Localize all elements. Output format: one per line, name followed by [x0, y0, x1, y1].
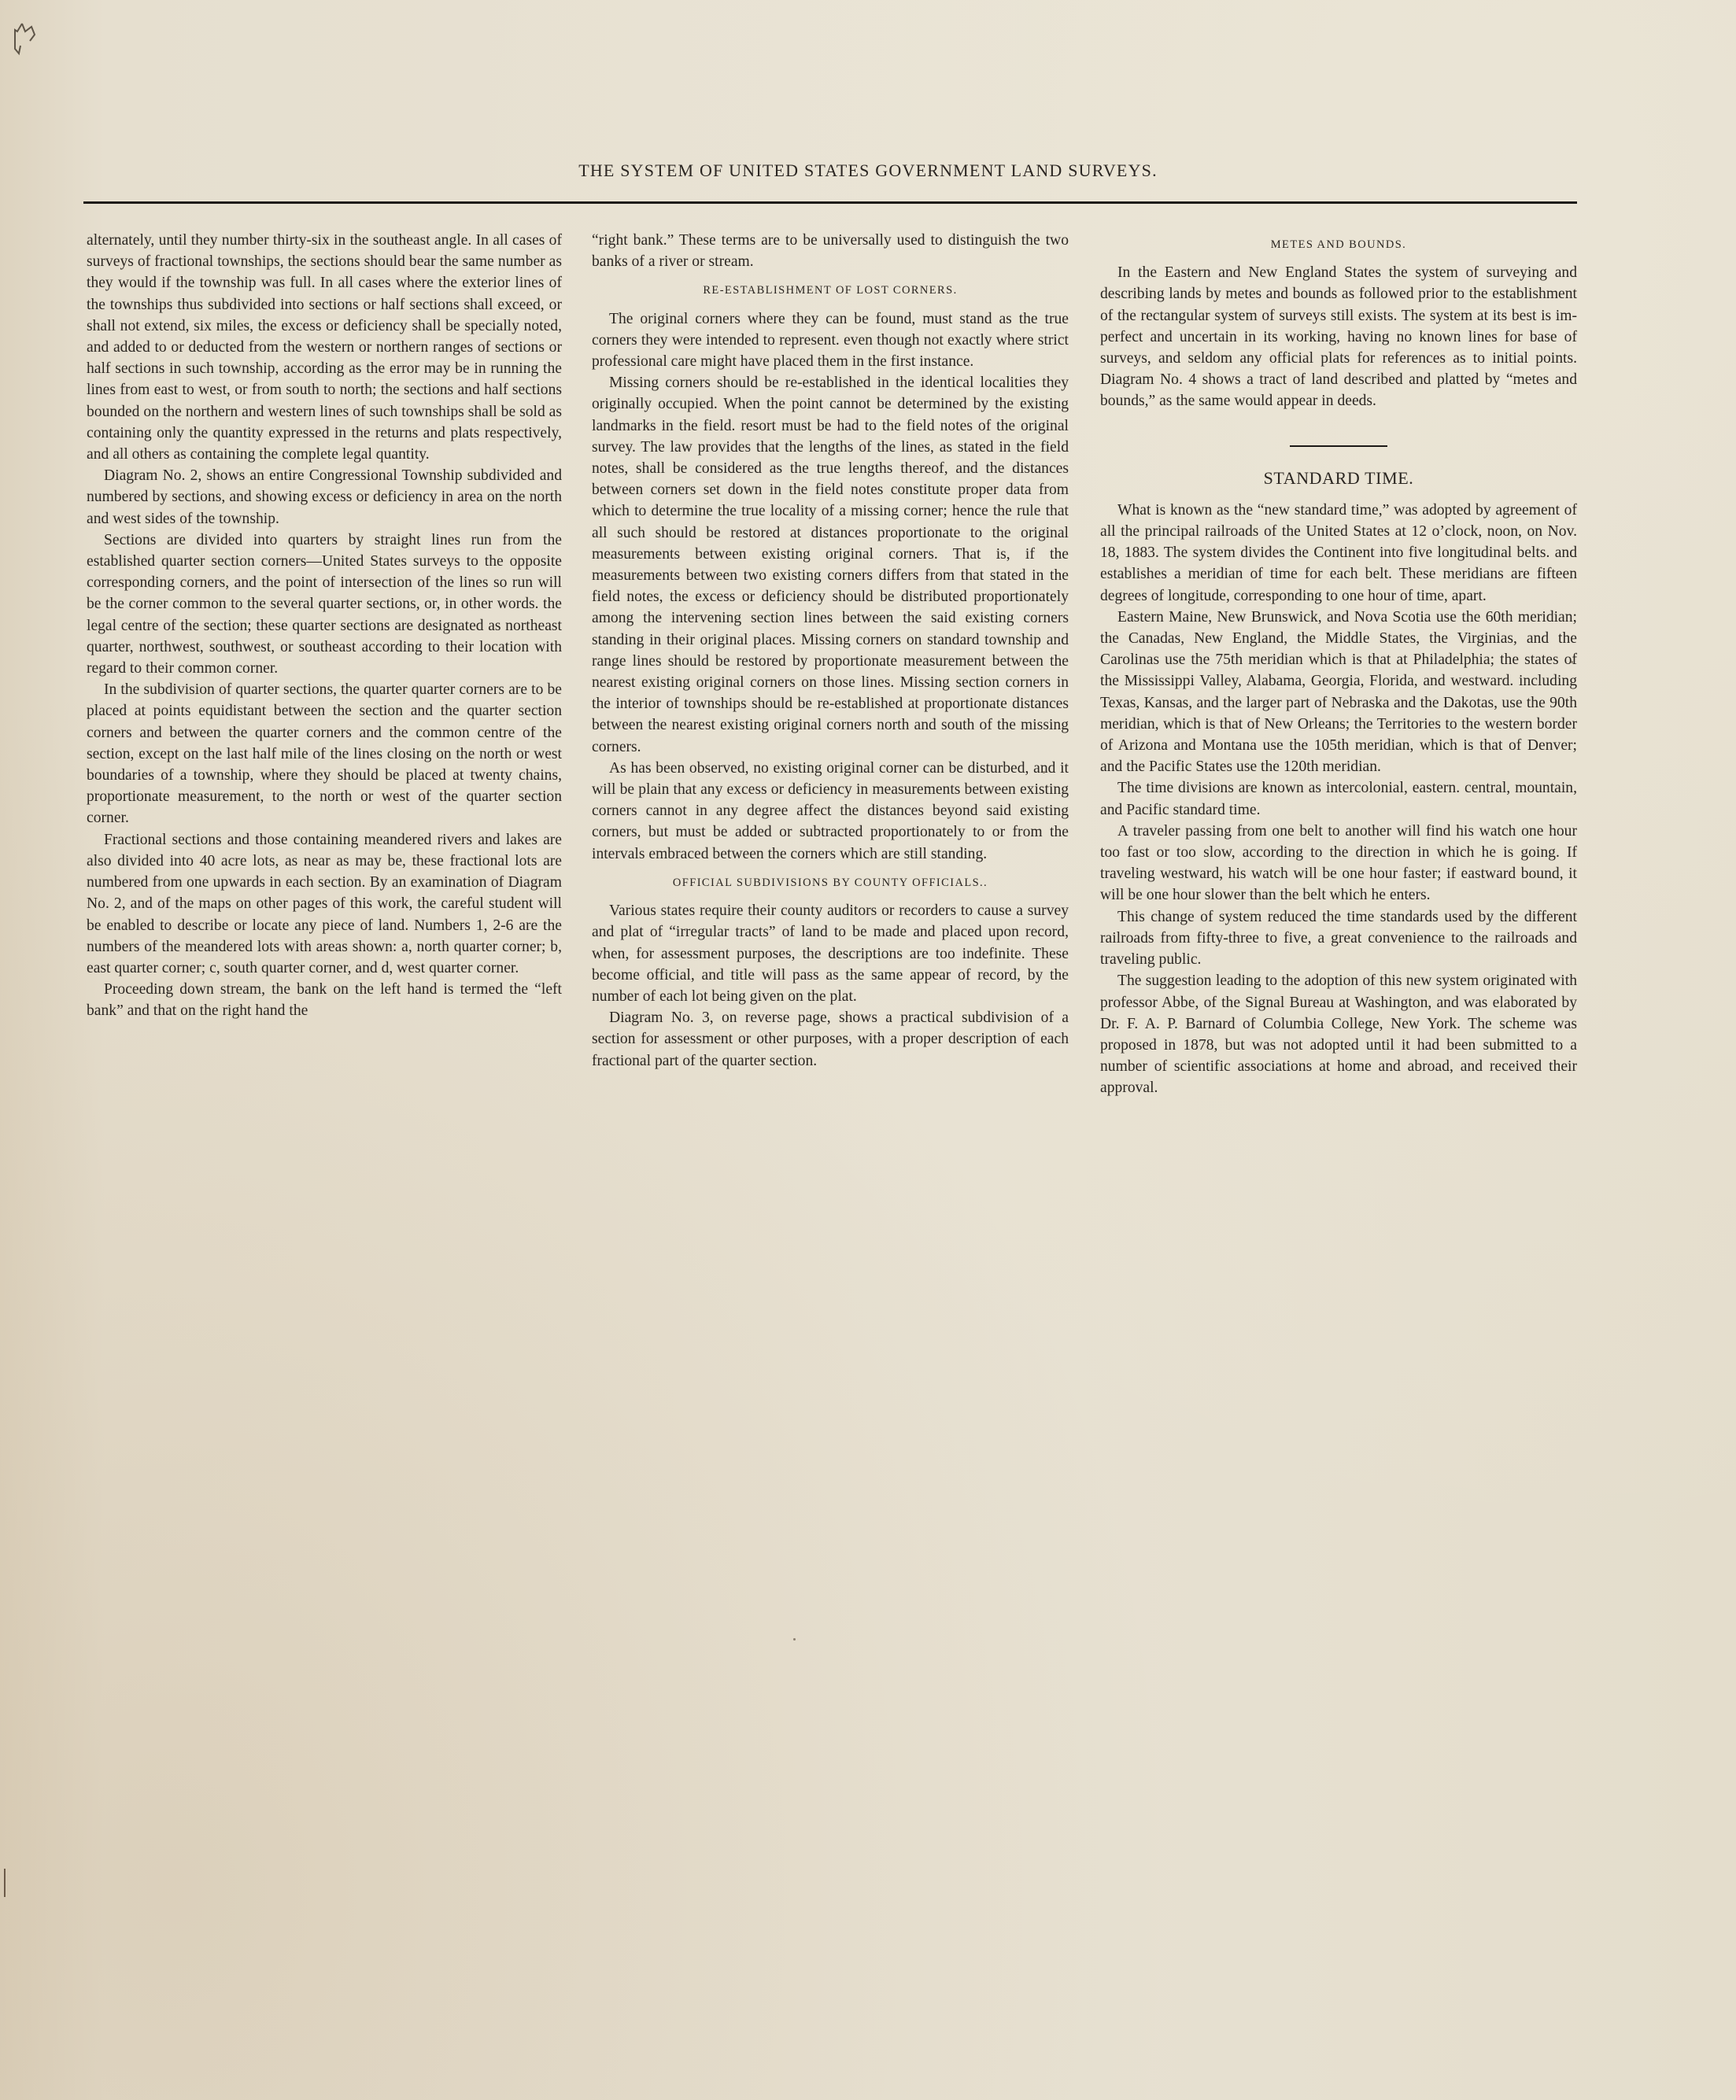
paragraph: Various states require their county audi… [592, 900, 1069, 1007]
section-subheading: METES AND BOUNDS. [1100, 234, 1577, 256]
paragraph: Proceeding down stream, the bank on the … [87, 979, 562, 1021]
paragraph: Missing corners should be re-established… [592, 372, 1069, 758]
header-rule [83, 201, 1577, 204]
paragraph: Sections are divided into quarters by st… [87, 530, 562, 679]
paragraph: What is known as the “new standard time,… [1100, 500, 1577, 607]
paragraph: As has been observed, no existing origin… [592, 758, 1069, 865]
specks [1571, 661, 1573, 663]
paragraph: This change of system reduced the time s… [1100, 906, 1577, 971]
binding-mark [0, 1869, 6, 1897]
paragraph: The suggestion leading to the adoption o… [1100, 970, 1577, 1098]
paragraph: Diagram No. 2, shows an entire Congressi… [87, 465, 562, 530]
section-subheading: OFFICIAL SUBDIVISIONS BY COUNTY OFFICIAL… [592, 873, 1069, 894]
column-2: “right bank.” These terms are to be univ… [592, 230, 1069, 1072]
paragraph: The original corners where they can be f… [592, 308, 1069, 373]
section-divider [1290, 445, 1387, 447]
column-3: METES AND BOUNDS.In the Eastern and New … [1100, 227, 1577, 1099]
paragraph: Diagram No. 3, on reverse page, shows a … [592, 1007, 1069, 1072]
paragraph: The time divisions are known as intercol… [1100, 777, 1577, 820]
paragraph: In the Eastern and New England States th… [1100, 262, 1577, 412]
paragraph: Eastern Maine, New Brunswick, and Nova S… [1100, 607, 1577, 778]
specks [793, 1638, 796, 1641]
specks [1043, 771, 1045, 773]
pencil-mark-icon [11, 17, 38, 57]
paragraph: alternately, until they number thirty-si… [87, 230, 562, 465]
paragraph: In the subdivision of quarter sections, … [87, 679, 562, 829]
paragraph: A traveler passing from one belt to anot… [1100, 821, 1577, 906]
section-subheading: RE-ESTABLISHMENT OF LOST CORNERS. [592, 280, 1069, 301]
section-title: STANDARD TIME. [1100, 467, 1577, 489]
paragraph: Fractional sections and those containing… [87, 829, 562, 979]
paragraph: “right bank.” These terms are to be univ… [592, 230, 1069, 272]
running-head: THE SYSTEM OF UNITED STATES GOVERNMENT L… [0, 161, 1736, 181]
column-1: alternately, until they number thirty-si… [87, 230, 562, 1022]
